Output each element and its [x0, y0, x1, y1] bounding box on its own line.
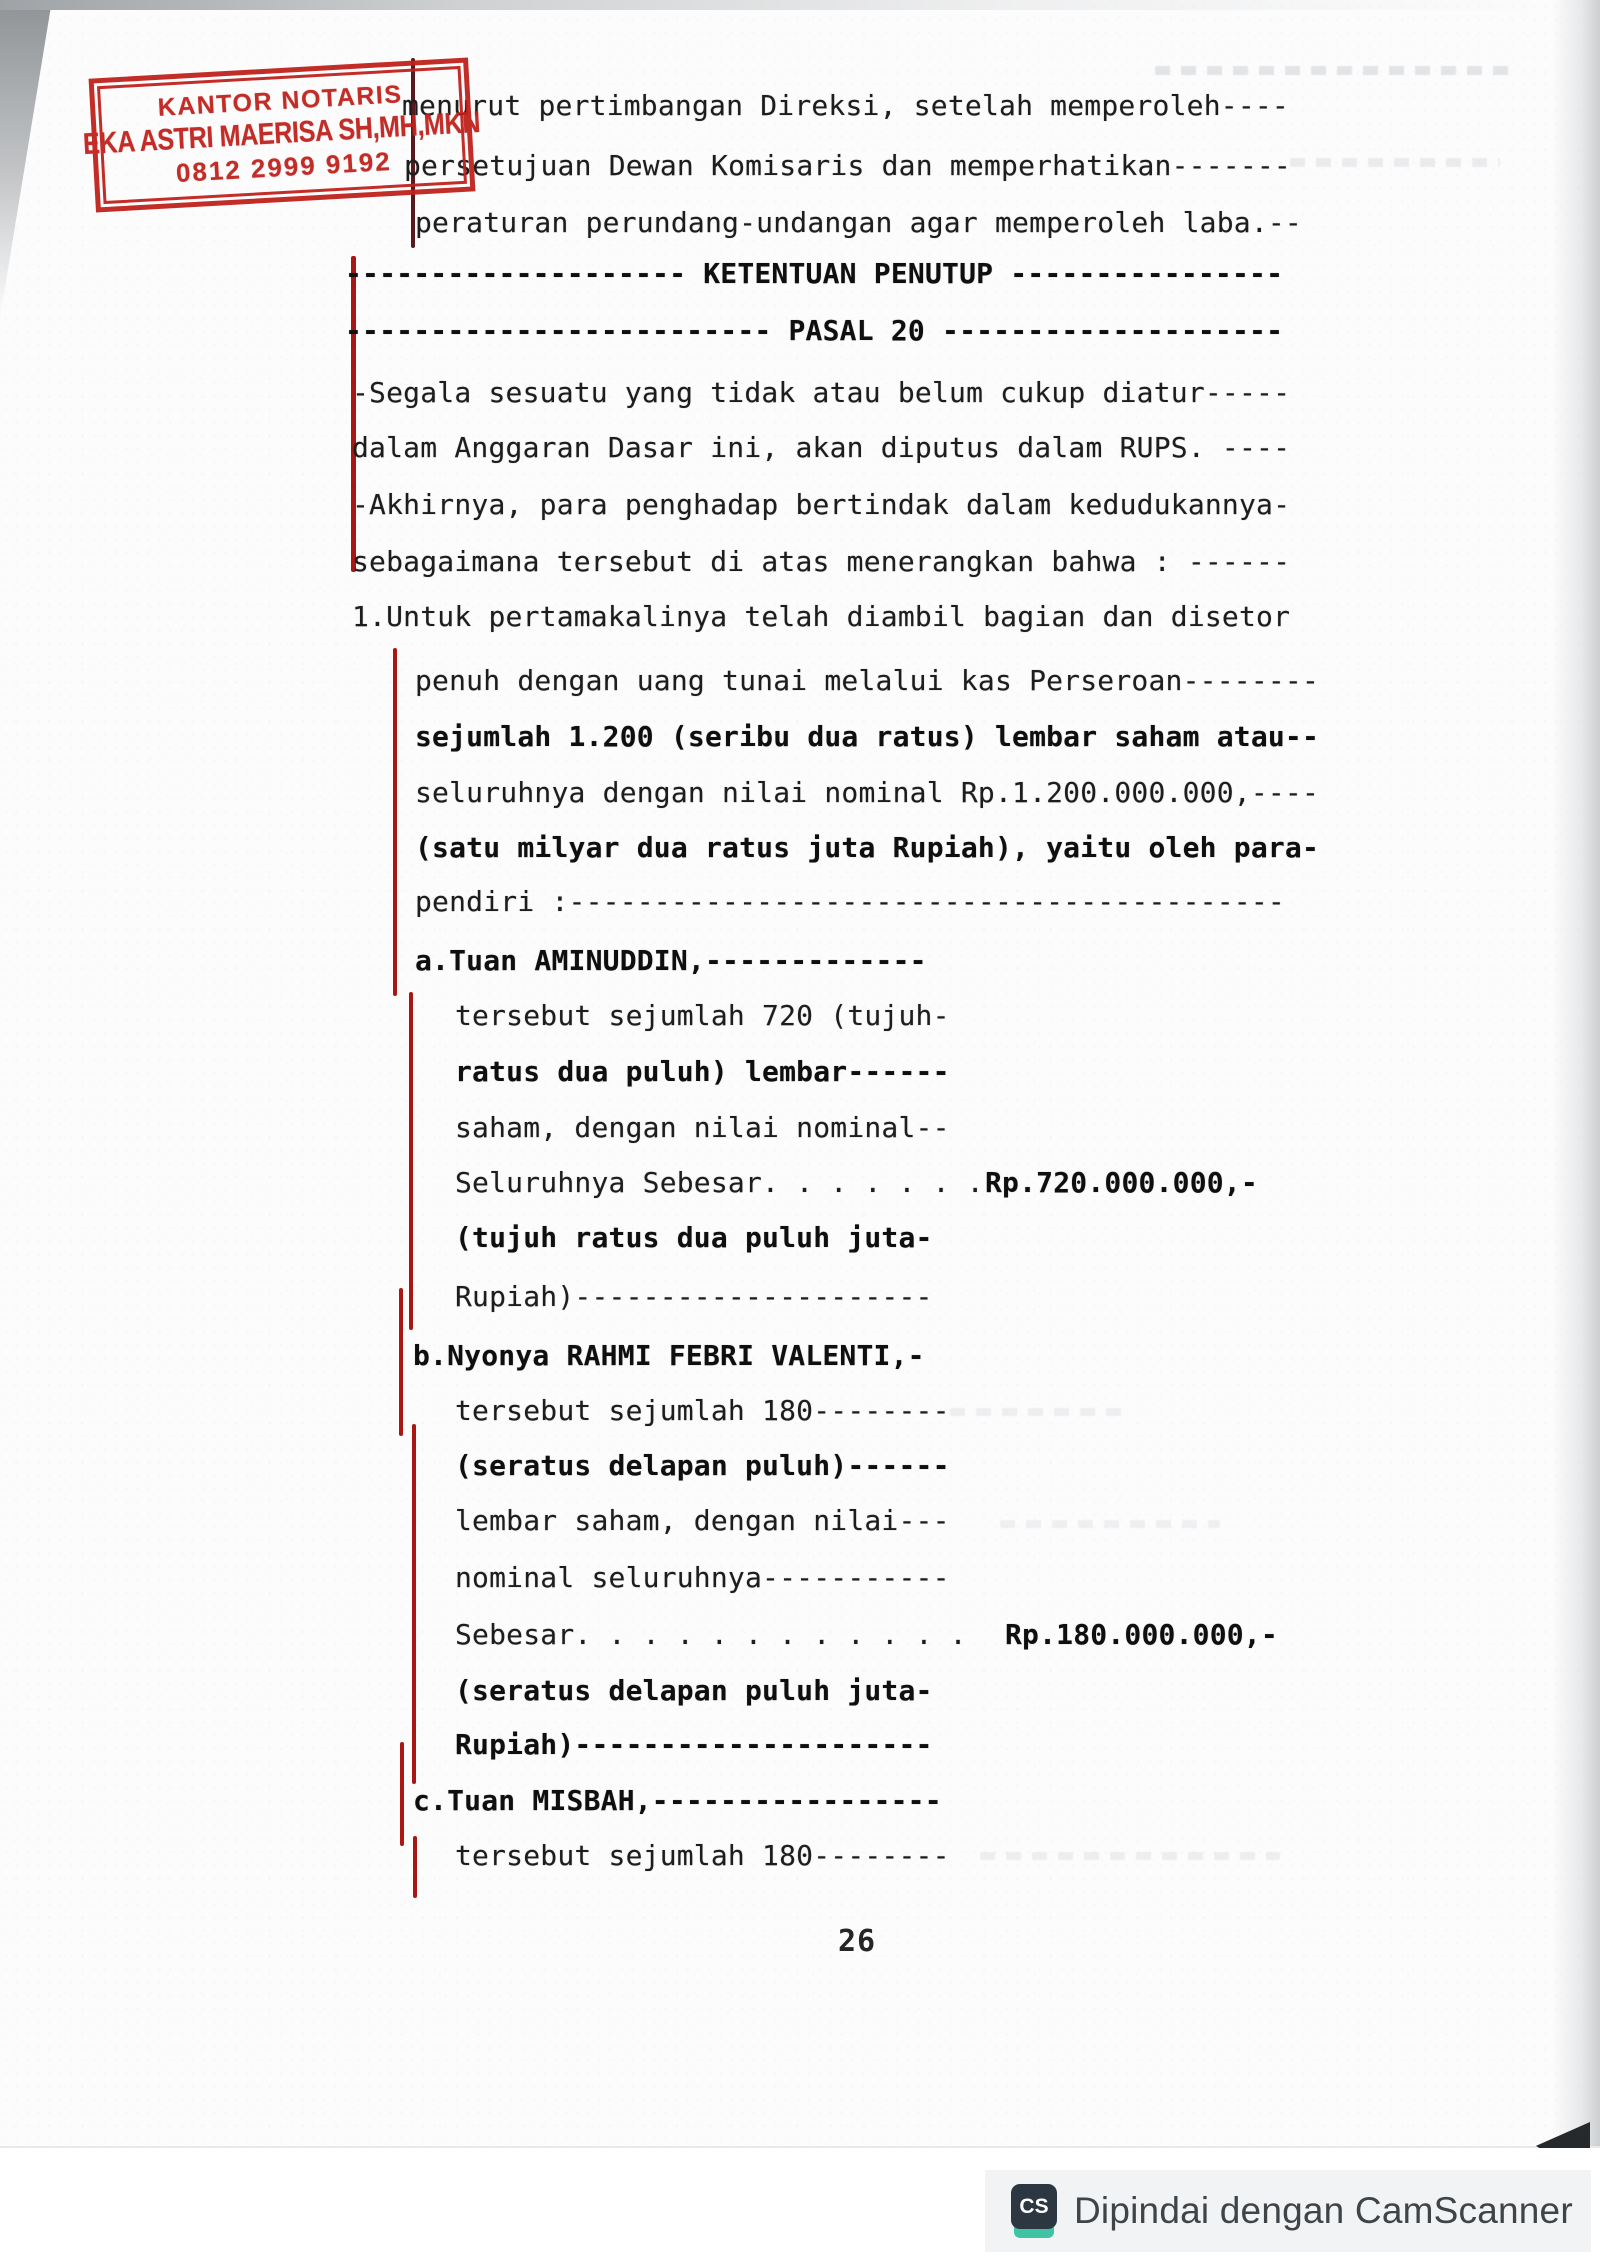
- camscanner-footer: CS Dipindai dengan CamScanner: [985, 2170, 1591, 2252]
- document-line: peraturan perundang-undangan agar memper…: [415, 207, 1302, 239]
- renvooi-margin-line: [409, 992, 413, 1330]
- scan-edge-top: [0, 0, 1556, 10]
- renvooi-margin-line: [400, 1742, 404, 1846]
- ghost-print-artifact: [950, 1408, 1130, 1416]
- document-line: dalam Anggaran Dasar ini, akan diputus d…: [352, 432, 1290, 464]
- document-line: (seratus delapan puluh)------: [455, 1450, 950, 1482]
- document-line: menurut pertimbangan Direksi, setelah me…: [402, 90, 1289, 122]
- ghost-print-artifact: [1000, 1520, 1220, 1528]
- document-line: ------------------------- PASAL 20 -----…: [345, 315, 1283, 347]
- document-line: c.Tuan MISBAH,-----------------: [413, 1785, 942, 1817]
- notary-stamp-inner-border: KANTOR NOTARIS EKA ASTRI MAERISA SH,MH,M…: [97, 66, 467, 204]
- document-line: persetujuan Dewan Komisaris dan memperha…: [404, 150, 1291, 182]
- document-line: tersebut sejumlah 180--------: [455, 1395, 950, 1427]
- document-line: 1.Untuk pertamakalinya telah diambil bag…: [352, 601, 1290, 633]
- document-line: Sebesar. . . . . . . . . . . .: [455, 1619, 967, 1651]
- document-line: sebagaimana tersebut di atas menerangkan…: [352, 546, 1290, 578]
- document-line: -------------------- KETENTUAN PENUTUP -…: [345, 258, 1283, 290]
- ghost-print-artifact: [1155, 66, 1515, 75]
- document-line: sejumlah 1.200 (seribu dua ratus) lembar…: [415, 721, 1319, 753]
- amount-value: Rp.720.000.000,-: [985, 1167, 1258, 1199]
- document-line: Seluruhnya Sebesar. . . . . . .: [455, 1167, 984, 1199]
- document-line: tersebut sejumlah 720 (tujuh-: [455, 1000, 950, 1032]
- renvooi-margin-line: [399, 1288, 403, 1436]
- document-line: Rupiah)---------------------: [455, 1729, 933, 1761]
- document-line: a.Tuan AMINUDDIN,-------------: [415, 945, 927, 977]
- renvooi-margin-line: [351, 256, 356, 572]
- renvooi-margin-line: [393, 648, 397, 996]
- document-line: b.Nyonya RAHMI FEBRI VALENTI,-: [413, 1340, 925, 1372]
- document-line: nominal seluruhnya-----------: [455, 1562, 950, 1594]
- notary-stamp: KANTOR NOTARIS EKA ASTRI MAERISA SH,MH,M…: [89, 57, 476, 212]
- document-line: seluruhnya dengan nilai nominal Rp.1.200…: [415, 777, 1319, 809]
- document-line: ratus dua puluh) lembar------: [455, 1056, 950, 1088]
- camscanner-logo-icon: CS: [1011, 2184, 1057, 2238]
- document-line: (tujuh ratus dua puluh juta-: [455, 1222, 933, 1254]
- document-line: (satu milyar dua ratus juta Rupiah), yai…: [415, 832, 1319, 864]
- document-line: saham, dengan nilai nominal--: [455, 1112, 950, 1144]
- ghost-print-artifact: [980, 1852, 1280, 1860]
- page-number: 26: [838, 1924, 876, 1959]
- camscanner-watermark-text: Dipindai dengan CamScanner: [1074, 2190, 1573, 2232]
- document-line: lembar saham, dengan nilai---: [455, 1505, 950, 1537]
- document-line: Rupiah)---------------------: [455, 1281, 933, 1313]
- amount-value: Rp.180.000.000,-: [1005, 1619, 1278, 1651]
- document-line: pendiri :-------------------------------…: [415, 886, 1285, 918]
- renvooi-margin-line: [412, 1424, 416, 1784]
- scan-edge-right: [1552, 0, 1600, 2146]
- camscanner-logo-badge: CS: [1011, 2184, 1057, 2229]
- document-line: penuh dengan uang tunai melalui kas Pers…: [415, 665, 1319, 697]
- document-line: tersebut sejumlah 180--------: [455, 1840, 950, 1872]
- scanned-document-page: menurut pertimbangan Direksi, setelah me…: [0, 0, 1600, 2264]
- document-line: -Segala sesuatu yang tidak atau belum cu…: [352, 377, 1290, 409]
- document-line: -Akhirnya, para penghadap bertindak dala…: [352, 489, 1290, 521]
- document-line: (seratus delapan puluh juta-: [455, 1675, 933, 1707]
- renvooi-margin-line: [413, 1836, 417, 1898]
- ghost-print-artifact: [1290, 158, 1500, 167]
